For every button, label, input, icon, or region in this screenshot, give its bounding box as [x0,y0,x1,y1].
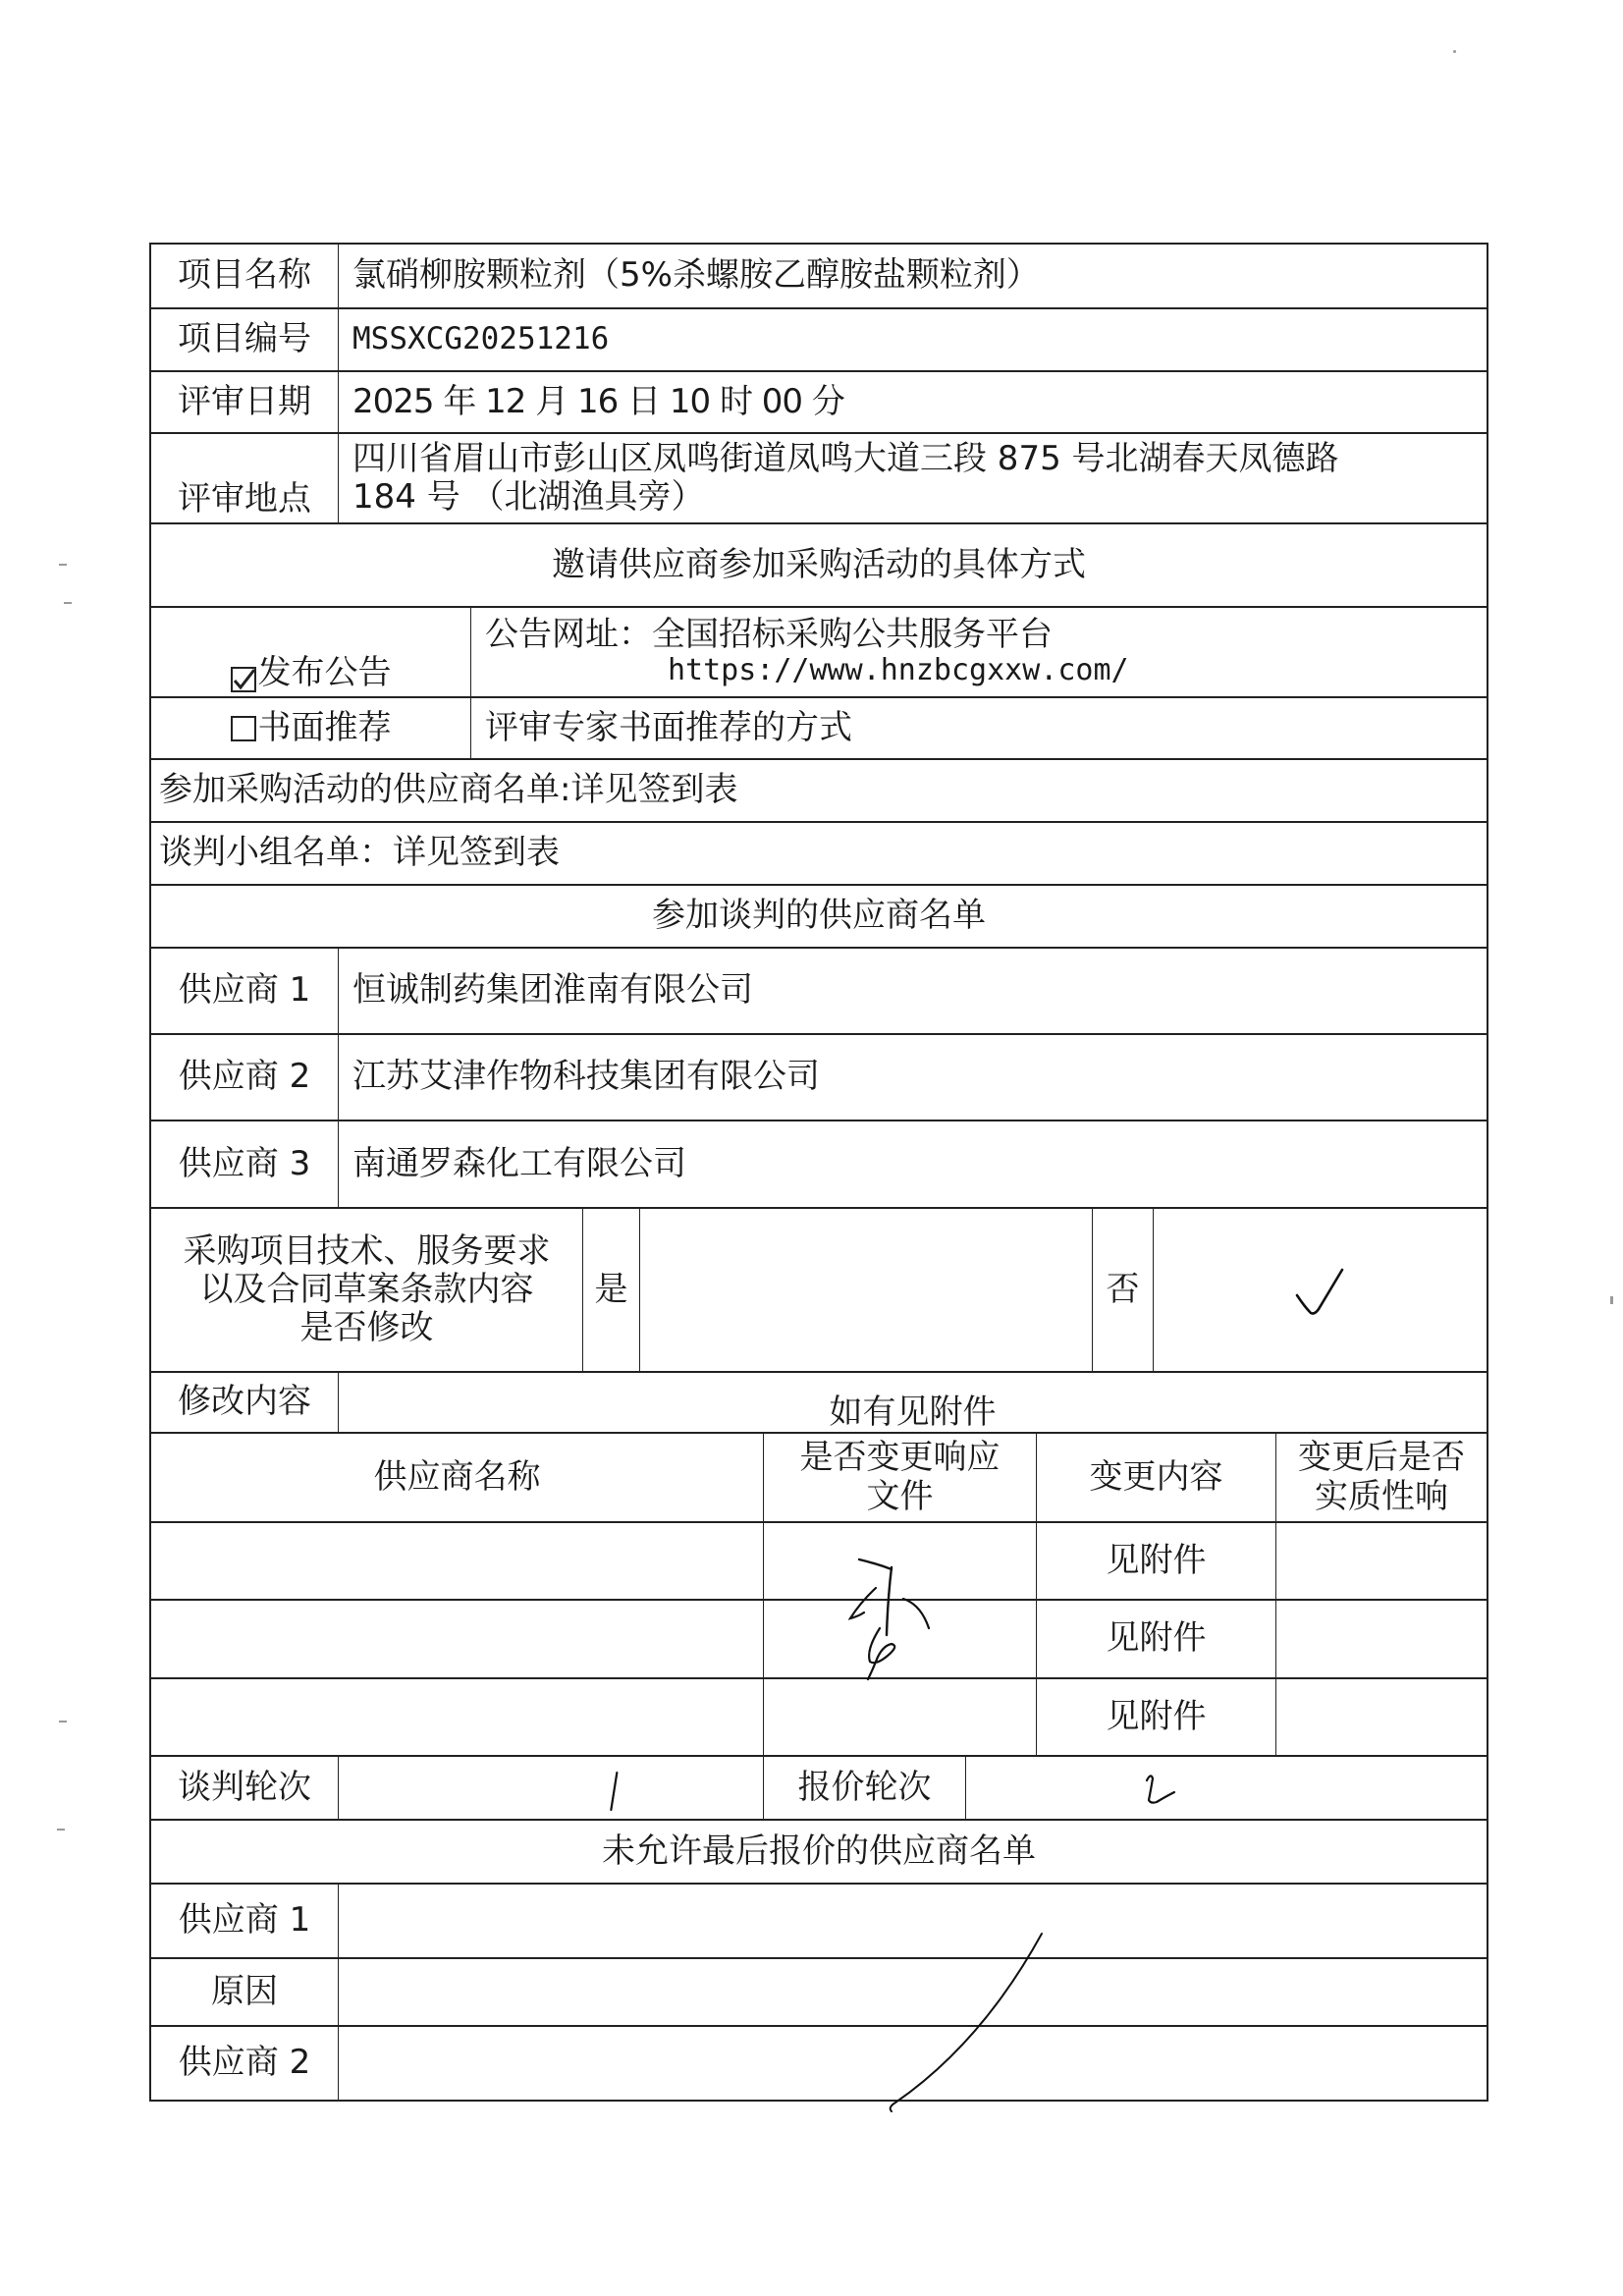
check-icon [231,667,256,692]
label-project-number: 项目编号 [151,309,338,370]
checkbox-recommendation-unchecked[interactable] [231,716,256,741]
question-line-3: 是否修改 [300,1309,434,1347]
scan-artifact [57,1829,65,1831]
value-review-date: 2025 年 12 月 16 日 10 时 00 分 [338,372,1487,432]
scan-artifact [64,602,72,604]
row-rounds: 谈判轮次 报价轮次 [151,1755,1487,1819]
supplier-3-label: 供应商 3 [151,1121,338,1207]
supplier-1-label: 供应商 1 [151,949,338,1033]
negotiation-suppliers-title: 参加谈判的供应商名单 [151,886,1487,947]
row-review-location: 评审地点 四川省眉山市彭山区凤鸣街道凤鸣大道三段 875 号北湖春天凤德路 18… [151,432,1487,522]
location-line-2: 184 号 （北湖渔具旁） [352,478,705,517]
supplier-2-label: 供应商 2 [151,1035,338,1120]
modification-question-label: 采购项目技术、服务要求 以及合同草案条款内容 是否修改 [151,1209,582,1371]
option-announcement-label: 发布公告 [258,654,392,692]
option-recommendation-detail: 评审专家书面推荐的方式 [470,698,1487,758]
label-project-name: 项目名称 [151,245,338,307]
option-announcement: 发布公告 [151,608,470,696]
handwritten-one-icon [339,1759,763,1818]
row-participants: 参加采购活动的供应商名单:详见签到表 [151,758,1487,821]
row-disallowed-reason: 原因 [151,1957,1487,2025]
header-changed-line-2: 文件 [867,1478,934,1516]
invite-section-title: 邀请供应商参加采购活动的具体方式 [151,524,1487,606]
location-line-1: 四川省眉山市彭山区凤鸣街道凤鸣大道三段 875 号北湖春天凤德路 [352,440,1339,478]
row-invite-option-recommendation: 书面推荐 评审专家书面推荐的方式 [151,696,1487,758]
change-row-1-content: 见附件 [1036,1523,1275,1599]
scan-artifact [59,1721,67,1722]
no-mark-cell[interactable] [1153,1209,1487,1371]
change-row-1-changed[interactable] [763,1523,1036,1599]
change-row-3-changed[interactable] [763,1679,1036,1755]
header-changed-response: 是否变更响应 文件 [763,1434,1036,1521]
change-row-2-content: 见附件 [1036,1601,1275,1677]
row-negotiation-suppliers-title: 参加谈判的供应商名单 [151,884,1487,947]
supplier-2-name: 江苏艾津作物科技集团有限公司 [338,1035,1487,1120]
value-project-name: 氯硝柳胺颗粒剂（5%杀螺胺乙醇胺盐颗粒剂） [338,245,1487,307]
disallowed-section-title: 未允许最后报价的供应商名单 [151,1821,1487,1883]
no-label: 否 [1092,1209,1153,1371]
scan-artifact [59,564,67,566]
header-supplier-name: 供应商名称 [151,1434,763,1521]
row-change-table-header: 供应商名称 是否变更响应 文件 变更内容 变更后是否 实质性响 [151,1432,1487,1521]
change-row-3-supplier[interactable] [151,1679,763,1755]
supplier-1-name: 恒诚制药集团淮南有限公司 [338,949,1487,1033]
row-disallowed-supplier-2: 供应商 2 [151,2025,1487,2100]
change-table-row: 见附件 [151,1599,1487,1677]
supplier-3-name: 南通罗森化工有限公司 [338,1121,1487,1207]
header-substantive: 变更后是否 实质性响 [1275,1434,1487,1521]
row-panel: 谈判小组名单：详见签到表 [151,821,1487,884]
handwritten-check-icon [1291,1264,1350,1323]
change-table-row: 见附件 [151,1521,1487,1599]
row-project-number: 项目编号 MSSXCG20251216 [151,307,1487,370]
participants-line: 参加采购活动的供应商名单:详见签到表 [151,760,1487,821]
change-table-row: 见附件 [151,1677,1487,1755]
handwritten-two-icon [966,1759,1457,1818]
row-negotiation-supplier-1: 供应商 1 恒诚制药集团淮南有限公司 [151,947,1487,1033]
row-invite-option-announcement: 发布公告 公告网址：全国招标采购公共服务平台 https://www.hnzbc… [151,606,1487,696]
quote-rounds-label: 报价轮次 [763,1757,965,1819]
yes-mark-cell[interactable] [639,1209,1092,1371]
row-disallowed-title: 未允许最后报价的供应商名单 [151,1819,1487,1883]
disallowed-reason-label: 原因 [151,1959,338,2025]
negotiation-rounds-label: 谈判轮次 [151,1757,338,1819]
option-recommendation-label: 书面推荐 [258,709,392,747]
negotiation-rounds-value[interactable] [338,1757,763,1819]
label-review-location: 评审地点 [151,434,338,522]
label-review-date: 评审日期 [151,372,338,432]
change-row-3-content: 见附件 [1036,1679,1275,1755]
panel-line: 谈判小组名单：详见签到表 [151,823,1487,884]
modification-content-value: 如有见附件 [338,1373,1487,1432]
scanned-page: 项目名称 氯硝柳胺颗粒剂（5%杀螺胺乙醇胺盐颗粒剂） 项目编号 MSSXCG20… [0,0,1623,2296]
row-review-date: 评审日期 2025 年 12 月 16 日 10 时 00 分 [151,370,1487,432]
row-project-name: 项目名称 氯硝柳胺颗粒剂（5%杀螺胺乙醇胺盐颗粒剂） [151,245,1487,307]
header-changed-line-1: 是否变更响应 [800,1439,1001,1477]
disallowed-supplier-2-value[interactable] [338,2027,1487,2100]
checkbox-announcement-checked[interactable] [231,667,256,692]
scan-artifact [1453,50,1456,53]
change-row-2-changed[interactable] [763,1601,1036,1677]
disallowed-supplier-1-value[interactable] [338,1885,1487,1957]
review-record-table: 项目名称 氯硝柳胺颗粒剂（5%杀螺胺乙醇胺盐颗粒剂） 项目编号 MSSXCG20… [149,243,1488,2102]
option-recommendation: 书面推荐 [151,698,470,758]
row-modification-question: 采购项目技术、服务要求 以及合同草案条款内容 是否修改 是 否 [151,1207,1487,1371]
header-substantive-line-2: 实质性响 [1315,1478,1448,1516]
disallowed-supplier-2-label: 供应商 2 [151,2027,338,2100]
row-negotiation-supplier-2: 供应商 2 江苏艾津作物科技集团有限公司 [151,1033,1487,1120]
announcement-site-label: 公告网址：全国招标采购公共服务平台 [485,616,1053,654]
modification-content-label: 修改内容 [151,1373,338,1432]
header-change-content: 变更内容 [1036,1434,1275,1521]
disallowed-reason-value[interactable] [338,1959,1487,2025]
question-line-2: 以及合同草案条款内容 [200,1271,534,1309]
row-modification-content: 修改内容 如有见附件 [151,1371,1487,1432]
change-row-2-supplier[interactable] [151,1601,763,1677]
change-row-1-supplier[interactable] [151,1523,763,1599]
value-project-number: MSSXCG20251216 [338,309,1487,370]
row-negotiation-supplier-3: 供应商 3 南通罗森化工有限公司 [151,1120,1487,1207]
value-review-location: 四川省眉山市彭山区凤鸣街道凤鸣大道三段 875 号北湖春天凤德路 184 号 （… [338,434,1487,522]
option-announcement-detail: 公告网址：全国招标采购公共服务平台 https://www.hnzbcgxxw.… [470,608,1487,696]
header-substantive-line-1: 变更后是否 [1298,1439,1465,1477]
disallowed-supplier-1-label: 供应商 1 [151,1885,338,1957]
change-row-1-substantive[interactable] [1275,1523,1487,1599]
yes-label: 是 [582,1209,639,1371]
row-invite-title: 邀请供应商参加采购活动的具体方式 [151,522,1487,606]
announcement-url[interactable]: https://www.hnzbcgxxw.com/ [485,654,1129,688]
scan-artifact [1610,1296,1613,1304]
row-disallowed-supplier-1: 供应商 1 [151,1883,1487,1957]
change-row-2-substantive[interactable] [1275,1601,1487,1677]
quote-rounds-value[interactable] [965,1757,1487,1819]
question-line-1: 采购项目技术、服务要求 [184,1232,551,1271]
change-row-3-substantive[interactable] [1275,1679,1487,1755]
